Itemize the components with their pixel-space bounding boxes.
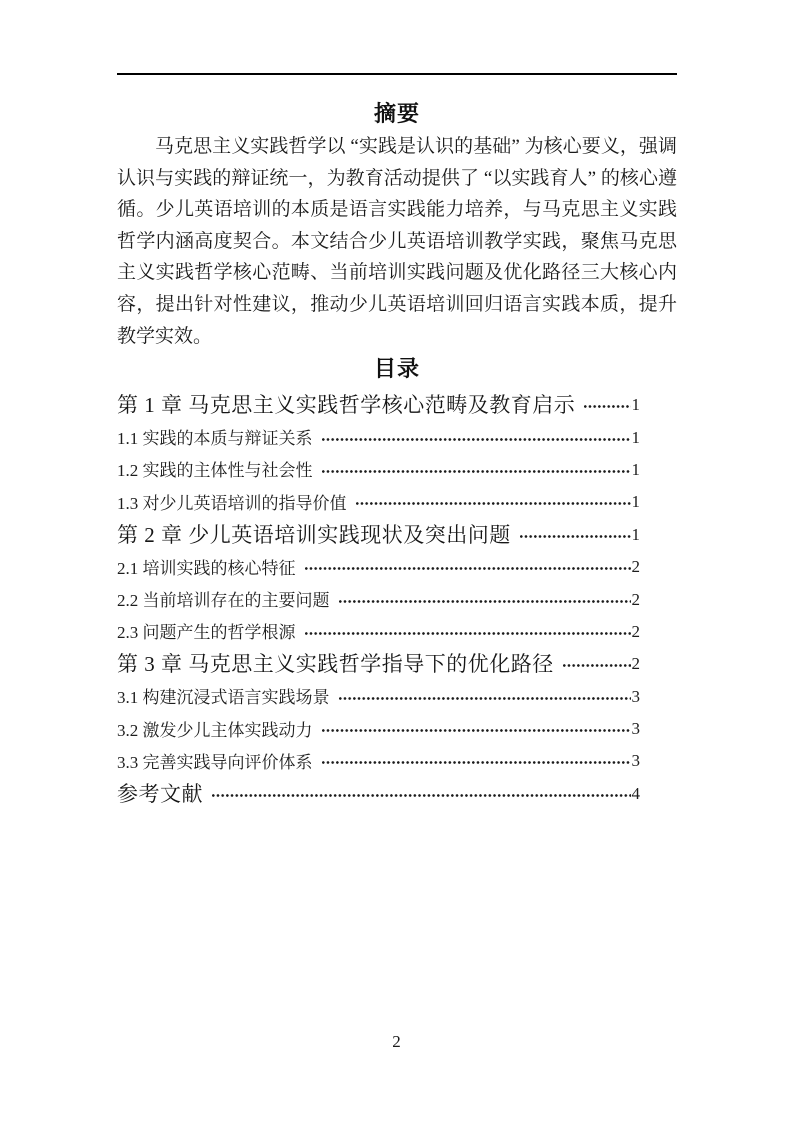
toc-entry: 1.3 对少儿英语培训的指导价值 1 [117, 485, 640, 517]
toc-entry: 2.3 问题产生的哲学根源 2 [117, 615, 640, 647]
toc-page-number: 1 [632, 395, 641, 415]
toc-entry-label: 2.3 问题产生的哲学根源 [117, 618, 296, 643]
abstract-heading: 摘要 [117, 100, 677, 128]
header-rule [117, 73, 677, 75]
dot-leader [563, 664, 631, 667]
toc-entry-label: 第 1 章 马克思主义实践哲学核心范畴及教育启示 [117, 389, 575, 419]
toc-page-number: 2 [632, 654, 641, 674]
toc-page-number: 2 [632, 590, 641, 610]
toc-entry: 1.2 实践的主体性与社会性 1 [117, 453, 640, 485]
dot-leader [339, 600, 631, 603]
toc-page-number: 1 [632, 525, 641, 545]
dot-leader [322, 761, 631, 764]
toc-entry-label: 参考文献 [117, 778, 203, 808]
toc-entry: 3.2 激发少儿主体实践动力 3 [117, 712, 640, 744]
toc-page-number: 3 [632, 751, 641, 771]
toc-entry-label: 第 2 章 少儿英语培训实践现状及突出问题 [117, 519, 511, 549]
toc-entry-label: 3.2 激发少儿主体实践动力 [117, 716, 313, 741]
toc-entry-label: 2.1 培训实践的核心特征 [117, 554, 296, 579]
dot-leader [305, 632, 631, 635]
toc-page-number: 2 [632, 622, 641, 642]
dot-leader [339, 697, 631, 700]
toc-entry-label: 1.1 实践的本质与辩证关系 [117, 424, 313, 449]
toc-page-number: 1 [632, 492, 641, 512]
toc-entry: 3.1 构建沉浸式语言实践场景 3 [117, 680, 640, 712]
toc-page-number: 3 [632, 719, 641, 739]
toc-entry-label: 2.2 当前培训存在的主要问题 [117, 586, 330, 611]
dot-leader [322, 438, 631, 441]
toc-entry-label: 3.3 完善实践导向评价体系 [117, 748, 313, 773]
dot-leader [305, 567, 631, 570]
toc-heading: 目录 [117, 355, 677, 383]
dot-leader [520, 535, 631, 538]
dot-leader [356, 502, 631, 505]
abstract-paragraph: 马克思主义实践哲学以 “实践是认识的基础” 为核心要义，强调认识与实践的辩证统一… [117, 131, 677, 352]
table-of-contents: 第 1 章 马克思主义实践哲学核心范畴及教育启示 1 1.1 实践的本质与辩证关… [117, 388, 677, 809]
dot-leader [584, 405, 630, 408]
document-page: 摘要 马克思主义实践哲学以 “实践是认识的基础” 为核心要义，强调认识与实践的辩… [0, 0, 793, 1122]
page-number: 2 [0, 1032, 793, 1052]
toc-page-number: 1 [632, 428, 641, 448]
toc-entry: 3.3 完善实践导向评价体系 3 [117, 744, 640, 776]
toc-entry: 第 2 章 少儿英语培训实践现状及突出问题 1 [117, 518, 640, 550]
toc-entry-label: 3.1 构建沉浸式语言实践场景 [117, 683, 330, 708]
dot-leader [322, 729, 631, 732]
toc-entry-label: 第 3 章 马克思主义实践哲学指导下的优化路径 [117, 648, 554, 678]
toc-entry: 第 1 章 马克思主义实践哲学核心范畴及教育启示 1 [117, 388, 640, 420]
toc-page-number: 3 [632, 687, 641, 707]
toc-page-number: 2 [632, 557, 641, 577]
toc-entry: 参考文献 4 [117, 777, 640, 809]
toc-entry: 2.1 培训实践的核心特征 2 [117, 550, 640, 582]
toc-entry-label: 1.2 实践的主体性与社会性 [117, 456, 313, 481]
toc-entry: 2.2 当前培训存在的主要问题 2 [117, 582, 640, 614]
toc-entry: 1.1 实践的本质与辩证关系 1 [117, 420, 640, 452]
dot-leader [322, 470, 631, 473]
toc-page-number: 4 [632, 784, 641, 804]
dot-leader [212, 794, 631, 797]
toc-page-number: 1 [632, 460, 641, 480]
toc-entry-label: 1.3 对少儿英语培训的指导价值 [117, 489, 347, 514]
toc-entry: 第 3 章 马克思主义实践哲学指导下的优化路径 2 [117, 647, 640, 679]
